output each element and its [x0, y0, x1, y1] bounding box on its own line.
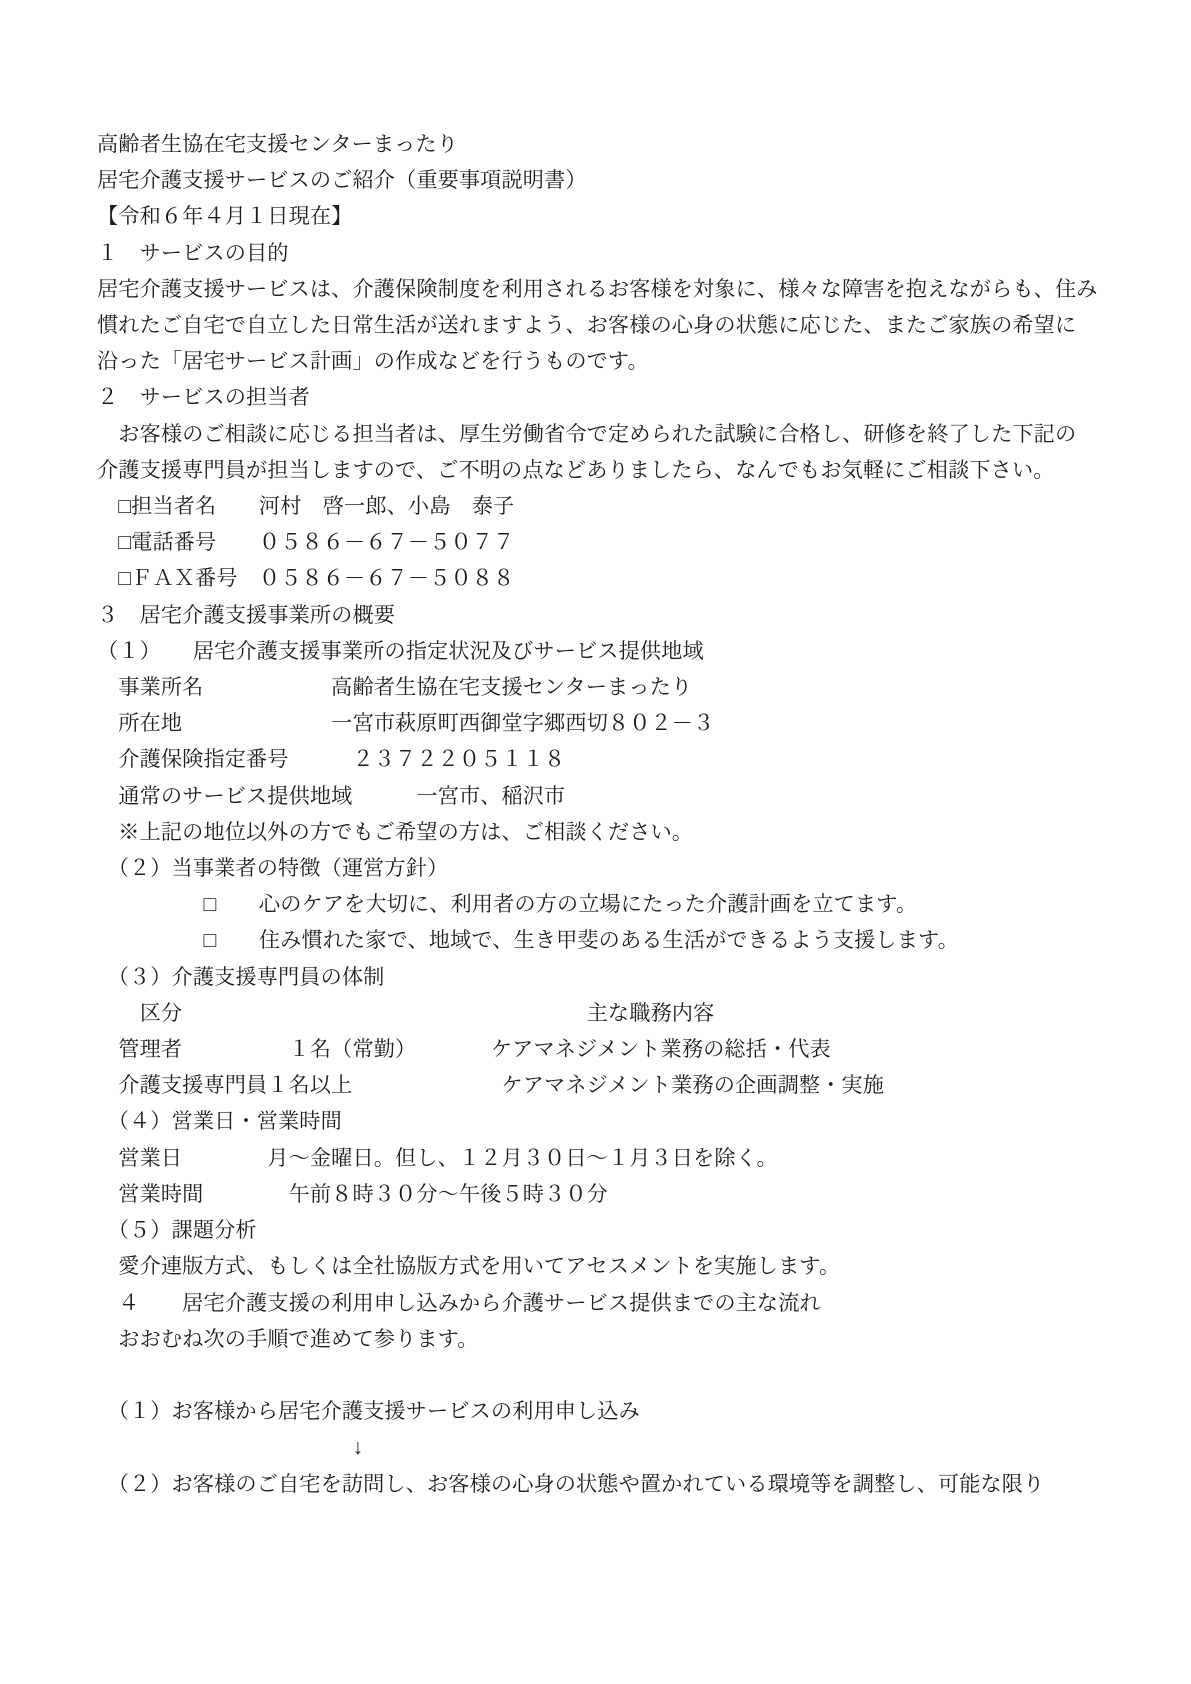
- flow-arrow-down: ↓: [97, 1429, 1107, 1465]
- fax-number-row: □ＦＡＸ番号 ０５８６－６７－５０８８: [97, 560, 1107, 596]
- business-days-row: 営業日 月～金曜日。但し、１２月３０日～１月３日を除く。: [97, 1140, 1107, 1176]
- staff-names-row: □担当者名 河村 啓一郎、小島 泰子: [97, 488, 1107, 524]
- policy-item: □ 心のケアを大切に、利用者の方の立場にたった介護計画を立てます。: [97, 886, 1107, 922]
- document-body: 高齢者生協在宅支援センターまったり居宅介護支援サービスのご紹介（重要事項説明書）…: [97, 126, 1107, 1502]
- staff-table-row: 管理者 １名（常勤） ケアマネジメント業務の総括・代表: [97, 1031, 1107, 1067]
- document-page: 高齢者生協在宅支援センターまったり居宅介護支援サービスのご紹介（重要事項説明書）…: [0, 0, 1191, 1684]
- section-3-heading: ３ 居宅介護支援事業所の概要: [97, 597, 1107, 633]
- flow-step-1: （１）お客様から居宅介護支援サービスの利用申し込み: [97, 1393, 1107, 1429]
- flow-step-2: （２）お客様のご自宅を訪問し、お客様の心身の状態や置かれている環境等を調整し、可…: [97, 1466, 1107, 1502]
- blank-line: [97, 1357, 1107, 1393]
- section-3-2-heading: （２）当事業者の特徴（運営方針）: [97, 850, 1107, 886]
- section-1-heading: １ サービスの目的: [97, 235, 1107, 271]
- effective-date: 【令和６年４月１日現在】: [97, 198, 1107, 234]
- insurance-number-row: 介護保険指定番号 ２３７２２０５１１８: [97, 741, 1107, 777]
- office-name-row: 事業所名 高齢者生協在宅支援センターまったり: [97, 669, 1107, 705]
- assessment-note: 愛介連版方式、もしくは全社協版方式を用いてアセスメントを実施します。: [97, 1248, 1107, 1284]
- section-4-intro: おおむね次の手順で進めて参ります。: [97, 1321, 1107, 1357]
- service-area-row: 通常のサービス提供地域 一宮市、稲沢市: [97, 778, 1107, 814]
- section-1-paragraph: 居宅介護支援サービスは、介護保険制度を利用されるお客様を対象に、様々な障害を抱え…: [97, 271, 1107, 307]
- staff-table-header: 区分 主な職務内容: [97, 995, 1107, 1031]
- policy-item: □ 住み慣れた家で、地域で、生き甲斐のある生活ができるよう支援します。: [97, 922, 1107, 958]
- section-3-5-heading: （５）課題分析: [97, 1212, 1107, 1248]
- doc-title: 居宅介護支援サービスのご紹介（重要事項説明書）: [97, 162, 1107, 198]
- staff-table-row: 介護支援専門員１名以上 ケアマネジメント業務の企画調整・実施: [97, 1067, 1107, 1103]
- section-3-3-heading: （３）介護支援専門員の体制: [97, 959, 1107, 995]
- phone-number-row: □電話番号 ０５８６－６７－５０７７: [97, 524, 1107, 560]
- org-name: 高齢者生協在宅支援センターまったり: [97, 126, 1107, 162]
- section-1-paragraph: 慣れたご自宅で自立した日常生活が送れますよう、お客様の心身の状態に応じた、またご…: [97, 307, 1107, 343]
- section-2-paragraph: 介護支援専門員が担当しますので、ご不明の点などありましたら、なんでもお気軽にご相…: [97, 452, 1107, 488]
- service-area-note: ※上記の地位以外の方でもご希望の方は、ご相談ください。: [97, 814, 1107, 850]
- business-hours-row: 営業時間 午前８時３０分～午後５時３０分: [97, 1176, 1107, 1212]
- address-row: 所在地 一宮市萩原町西御堂字郷西切８０２－３: [97, 705, 1107, 741]
- section-4-heading: ４ 居宅介護支援の利用申し込みから介護サービス提供までの主な流れ: [97, 1285, 1107, 1321]
- section-2-heading: ２ サービスの担当者: [97, 379, 1107, 415]
- section-3-1-heading: （１） 居宅介護支援事業所の指定状況及びサービス提供地域: [97, 633, 1107, 669]
- section-2-paragraph: お客様のご相談に応じる担当者は、厚生労働省令で定められた試験に合格し、研修を終了…: [97, 416, 1107, 452]
- section-1-paragraph: 沿った「居宅サービス計画」の作成などを行うものです。: [97, 343, 1107, 379]
- section-3-4-heading: （４）営業日・営業時間: [97, 1103, 1107, 1139]
